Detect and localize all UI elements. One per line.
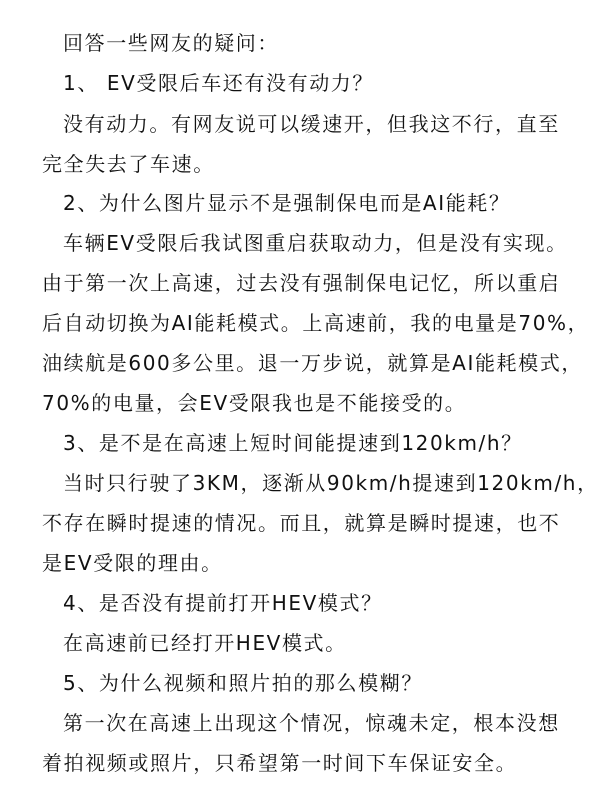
question-2: 2、为什么图片显示不是强制保电而是AI能耗？ — [63, 190, 511, 216]
document-page: 回答一些网友的疑问： 1、 EV受限后车还有没有动力？ 没有动力。有网友说可以缓… — [0, 0, 600, 800]
intro-heading: 回答一些网友的疑问： — [63, 30, 279, 56]
answer-3-line-2: 不存在瞬时提速的情况。而且，就算是瞬时提速，也不 — [42, 510, 560, 536]
answer-2-line-1: 车辆EV受限后我试图重启获取动力，但是没有实现。 — [63, 230, 568, 256]
answer-5-line-2: 着拍视频或照片，只希望第一时间下车保证安全。 — [42, 750, 517, 776]
answer-1-line-1: 没有动力。有网友说可以缓速开，但我这不行，直至 — [63, 111, 560, 137]
answer-4: 在高速前已经打开HEV模式。 — [63, 630, 347, 656]
answer-2-line-3: 后自动切换为AI能耗模式。上高速前，我的电量是70%， — [42, 310, 589, 336]
question-5: 5、为什么视频和照片拍的那么模糊？ — [63, 670, 423, 696]
answer-2-line-4: 油续航是600多公里。退一万步说，就算是AI能耗模式， — [42, 350, 583, 376]
question-4: 4、是否没有提前打开HEV模式？ — [63, 590, 383, 616]
answer-3-line-3: 是EV受限的理由。 — [42, 550, 223, 576]
question-3: 3、是不是在高速上短时间能提速到120km/h？ — [63, 430, 523, 456]
answer-3-line-1: 当时只行驶了3KM，逐渐从90km/h提速到120km/h， — [63, 470, 599, 496]
question-1: 1、 EV受限后车还有没有动力？ — [63, 70, 374, 96]
answer-2-line-5: 70%的电量，会EV受限我也是不能接受的。 — [42, 390, 466, 416]
answer-5-line-1: 第一次在高速上出现这个情况，惊魂未定，根本没想 — [63, 710, 560, 736]
answer-1-line-2: 完全失去了车速。 — [42, 151, 215, 177]
answer-2-line-2: 由于第一次上高速，过去没有强制保电记忆，所以重启 — [42, 270, 560, 296]
